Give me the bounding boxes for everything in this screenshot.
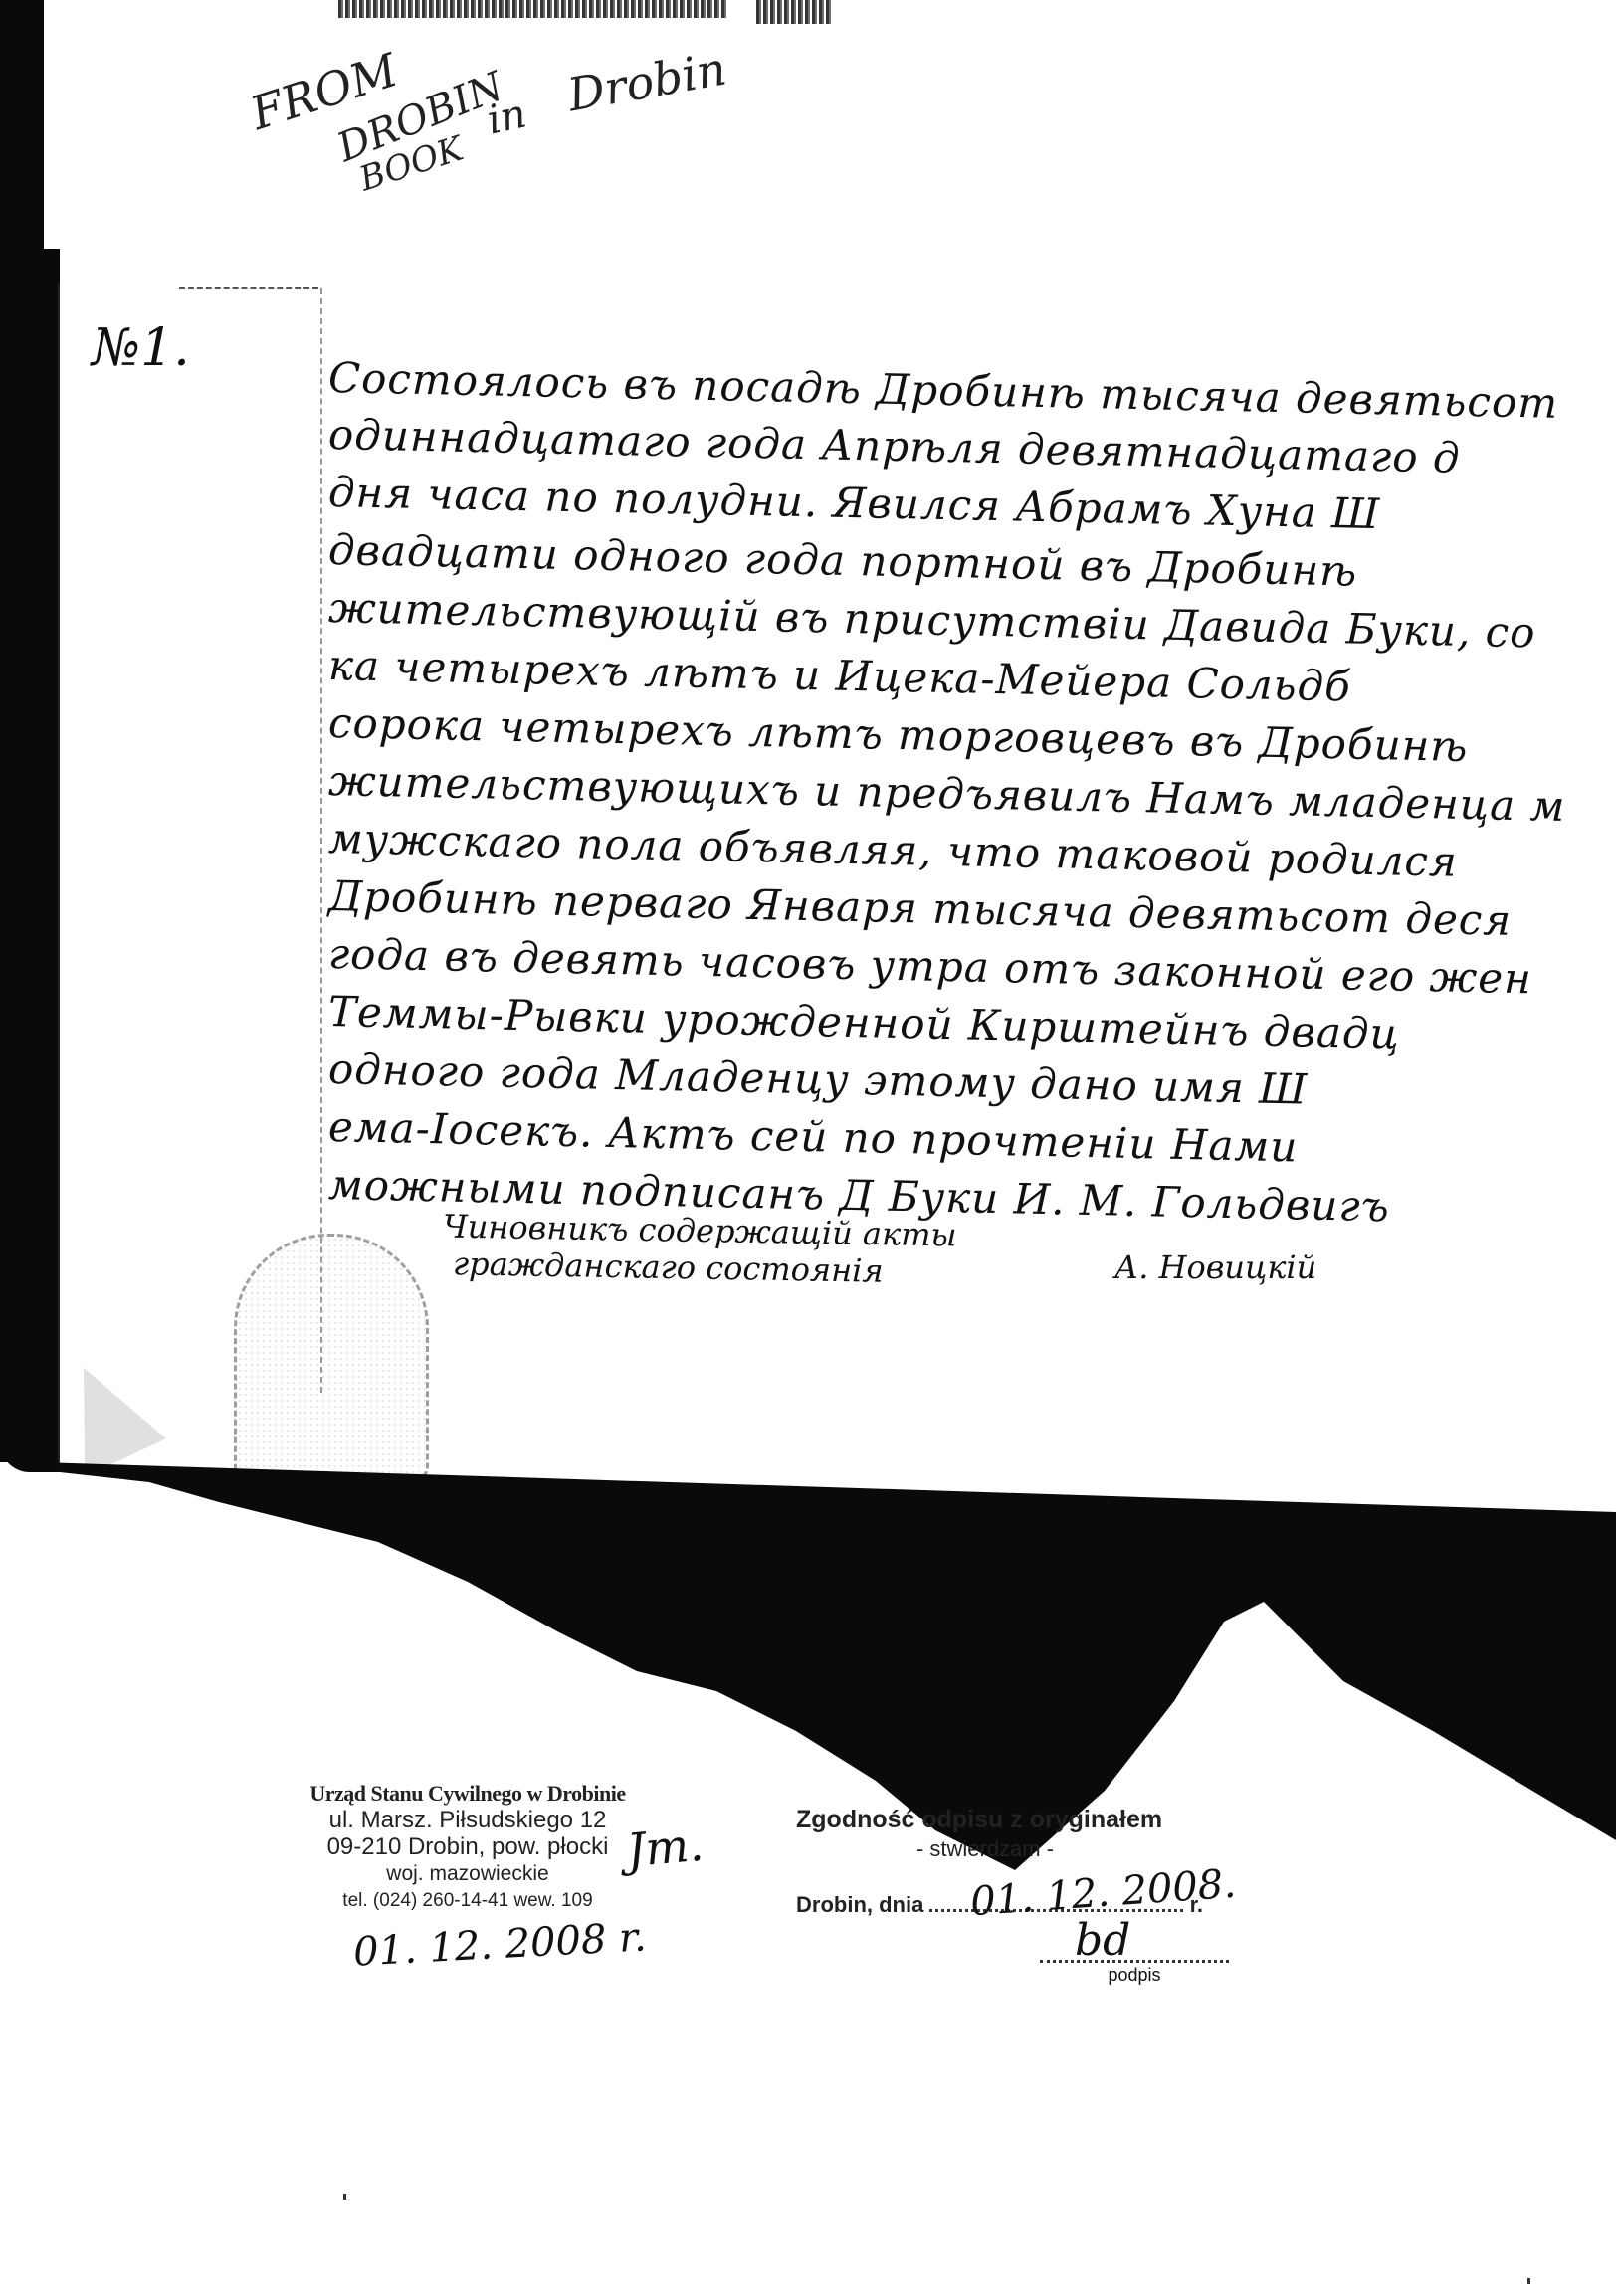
place-label: Drobin, dnia <box>796 1892 923 1917</box>
annotation-in: in <box>484 91 530 143</box>
signature-label: podpis <box>1040 1960 1229 1986</box>
office-region: woj. mazowieckie <box>254 1860 682 1887</box>
scan-smudge-top-right <box>756 0 831 24</box>
certification-subtitle: - stwierdzam - <box>796 1836 1174 1862</box>
certification-signature: bd <box>1075 1915 1130 1966</box>
office-initials: Jm. <box>625 1818 706 1877</box>
scan-smudge-top <box>338 0 726 18</box>
certification-title: Zgodność odpisu z oryginałem <box>796 1806 1234 1834</box>
scan-speck <box>343 2194 346 2200</box>
office-handwritten-date: 01. 12. 2008 r. <box>352 1914 648 1975</box>
margin-rule <box>320 288 322 1393</box>
official-signature: А. Новицкій <box>1114 1248 1316 1286</box>
scan-edge-left-lower <box>0 249 60 1472</box>
handwritten-annotation: FROM DROBIN BOOK in Drobin <box>249 25 806 204</box>
official-title-line2: гражданскаго состоянія <box>453 1244 884 1290</box>
ruled-line-top <box>179 287 318 289</box>
office-city: 09-210 Drobin, pow. płocki <box>254 1833 682 1860</box>
record-number: №1. <box>92 318 190 378</box>
office-phone: tel. (024) 260-14-41 wew. 109 <box>254 1887 682 1914</box>
annotation-drobin-2: Drobin <box>564 41 730 121</box>
civil-registry-stamp: Urząd Stanu Cywilnego w Drobinie ul. Mar… <box>254 1781 682 1914</box>
office-street: ul. Marsz. Piłsudskiego 12 <box>254 1807 682 1833</box>
scan-speck <box>1527 2278 1530 2284</box>
faded-seal <box>234 1234 429 1478</box>
office-name: Urząd Stanu Cywilnego w Drobinie <box>254 1781 682 1807</box>
